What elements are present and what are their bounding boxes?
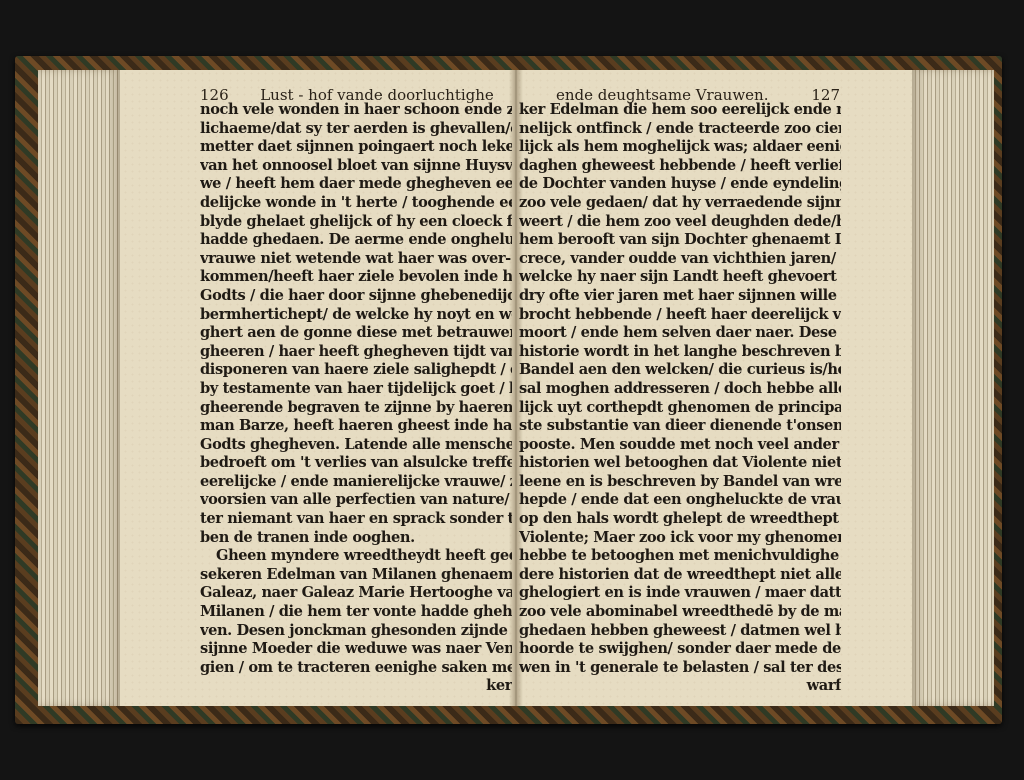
text-line: hoorde te swijghen/ sonder daer mede de …: [519, 640, 841, 659]
catchword: ker: [200, 677, 512, 696]
text-line: leene en is beschreven by Bandel van wre…: [519, 473, 841, 492]
text-line: hadde ghedaen. De aerme ende ongheluckig…: [200, 231, 512, 250]
text-line: Bandel aen den welcken/ die curieus is/h…: [519, 361, 841, 380]
text-line: historien wel betooghen dat Violente nie…: [519, 454, 841, 473]
text-line: dere historien dat de wreedthept niet al…: [519, 566, 841, 585]
text-line: dry ofte vier jaren met haer sijnnen wil…: [519, 287, 841, 306]
text-line: zoo vele gedaen/ dat hy verraedende sijn…: [519, 194, 841, 213]
text-line: historie wordt in het langhe beschreven …: [519, 343, 841, 362]
text-line: Gheen myndere wreedtheydt heeft gedaen: [200, 547, 512, 566]
text-line: daghen gheweest hebbende / heeft verlief…: [519, 157, 841, 176]
text-line: crece, vander oudde van vichthien jaren/…: [519, 250, 841, 269]
text-line: kommen/heeft haer ziele bevolen inde han…: [200, 268, 512, 287]
text-line: nelijck ontfinck / ende tracteerde zoo c…: [519, 120, 841, 139]
text-line: lijck uyt corthepdt ghenomen de principa…: [519, 399, 841, 418]
text-line: op den hals wordt ghelept de wreedthept …: [519, 510, 841, 529]
text-line: Violente; Maer zoo ick voor my ghenomen: [519, 529, 841, 548]
text-line: moort / ende hem selven daer naer. Dese: [519, 324, 841, 343]
text-line: bedroeft om 't verlies van alsulcke tref…: [200, 454, 512, 473]
text-line: gheerende begraven te zijnne by haeren e…: [200, 399, 512, 418]
text-line: Godts / die haer door sijnne ghebenedijd…: [200, 287, 512, 306]
text-line: lichaeme/dat sy ter aerden is ghevallen/…: [200, 120, 512, 139]
text-line: metter daet sijnnen poingaert noch leken…: [200, 138, 512, 157]
text-line: brocht hebbende / heeft haer deerelijck …: [519, 306, 841, 325]
text-line: man Barze, heeft haeren gheest inde hand…: [200, 417, 512, 436]
text-line: eerelijcke / ende manierelijcke vrauwe/ …: [200, 473, 512, 492]
text-line: ter niemant van haer en sprack sonder t'…: [200, 510, 512, 529]
text-line: welcke hy naer sijn Landt heeft ghevoert…: [519, 268, 841, 287]
text-line: weert / die hem zoo veel deughden dede/h…: [519, 213, 841, 232]
text-line: pooste. Men soudde met noch veel ander: [519, 436, 841, 455]
text-line: sekeren Edelman van Milanen ghenaemt: [200, 566, 512, 585]
text-line: by testamente van haer tijdelijck goet /…: [200, 380, 512, 399]
text-line: ker Edelman die hem soo eerelijck ende m…: [519, 101, 841, 120]
text-line: disponeren van haere ziele salighepdt / …: [200, 361, 512, 380]
text-line: hebbe te betooghen met menichvuldighe an…: [519, 547, 841, 566]
text-line: blyde ghelaet ghelijck of hy een cloeck …: [200, 213, 512, 232]
text-line: bermhertichept/ de welcke hy noyt en wey…: [200, 306, 512, 325]
text-line: ste substantie van dieer dienende t'onse…: [519, 417, 841, 436]
text-line: we / heeft hem daer mede ghegheven een d…: [200, 175, 512, 194]
page-edges-right: [912, 70, 994, 706]
text-line: sal moghen addresseren / doch hebbe alle…: [519, 380, 841, 399]
text-line: gheeren / haer heeft ghegheven tijdt van…: [200, 343, 512, 362]
text-line: gien / om te tracteren eenighe saken met…: [200, 659, 512, 678]
text-line: ven. Desen jonckman ghesonden zijnde vā: [200, 622, 512, 641]
text-line: de Dochter vanden huyse / ende eyndeling…: [519, 175, 841, 194]
text-line: delijcke wonde in 't herte / tooghende e…: [200, 194, 512, 213]
text-line: zoo vele abominabel wreedthedē by de man…: [519, 603, 841, 622]
text-line: noch vele wonden in haer schoon ende zuy…: [200, 101, 512, 120]
text-line: voorsien van alle perfectien van nature/…: [200, 491, 512, 510]
text-line: ben de tranen inde ooghen.: [200, 529, 512, 548]
text-line: sijnne Moeder die weduwe was naer Vene-: [200, 640, 512, 659]
text-line: hem berooft van sijn Dochter ghenaemt Lu…: [519, 231, 841, 250]
right-page-text: ker Edelman die hem soo eerelijck ende m…: [519, 101, 841, 696]
text-line: vrauwe niet wetende wat haer was over-: [200, 250, 512, 269]
left-page-text: noch vele wonden in haer schoon ende zuy…: [200, 101, 512, 696]
text-line: hepde / ende dat een ongheluckte de vrau…: [519, 491, 841, 510]
text-line: ghelogiert en is inde vrauwen / maer dat…: [519, 584, 841, 603]
text-line: ghedaen hebben gheweest / datmen wel be-: [519, 622, 841, 641]
page-edges-left: [38, 70, 120, 706]
text-line: van het onnoosel bloet van sijnne Huysvr…: [200, 157, 512, 176]
text-line: Milanen / die hem ter vonte hadde ghehe-: [200, 603, 512, 622]
text-line: Godts ghegheven. Latende alle menschen: [200, 436, 512, 455]
text-line: lijck als hem moghelijck was; aldaer een…: [519, 138, 841, 157]
text-line: Galeaz, naer Galeaz Marie Hertooghe van: [200, 584, 512, 603]
text-line: ghert aen de gonne diese met betrauwen b…: [200, 324, 512, 343]
text-line: wen in 't generale te belasten / sal ter…: [519, 659, 841, 678]
catchword: warf: [519, 677, 841, 696]
